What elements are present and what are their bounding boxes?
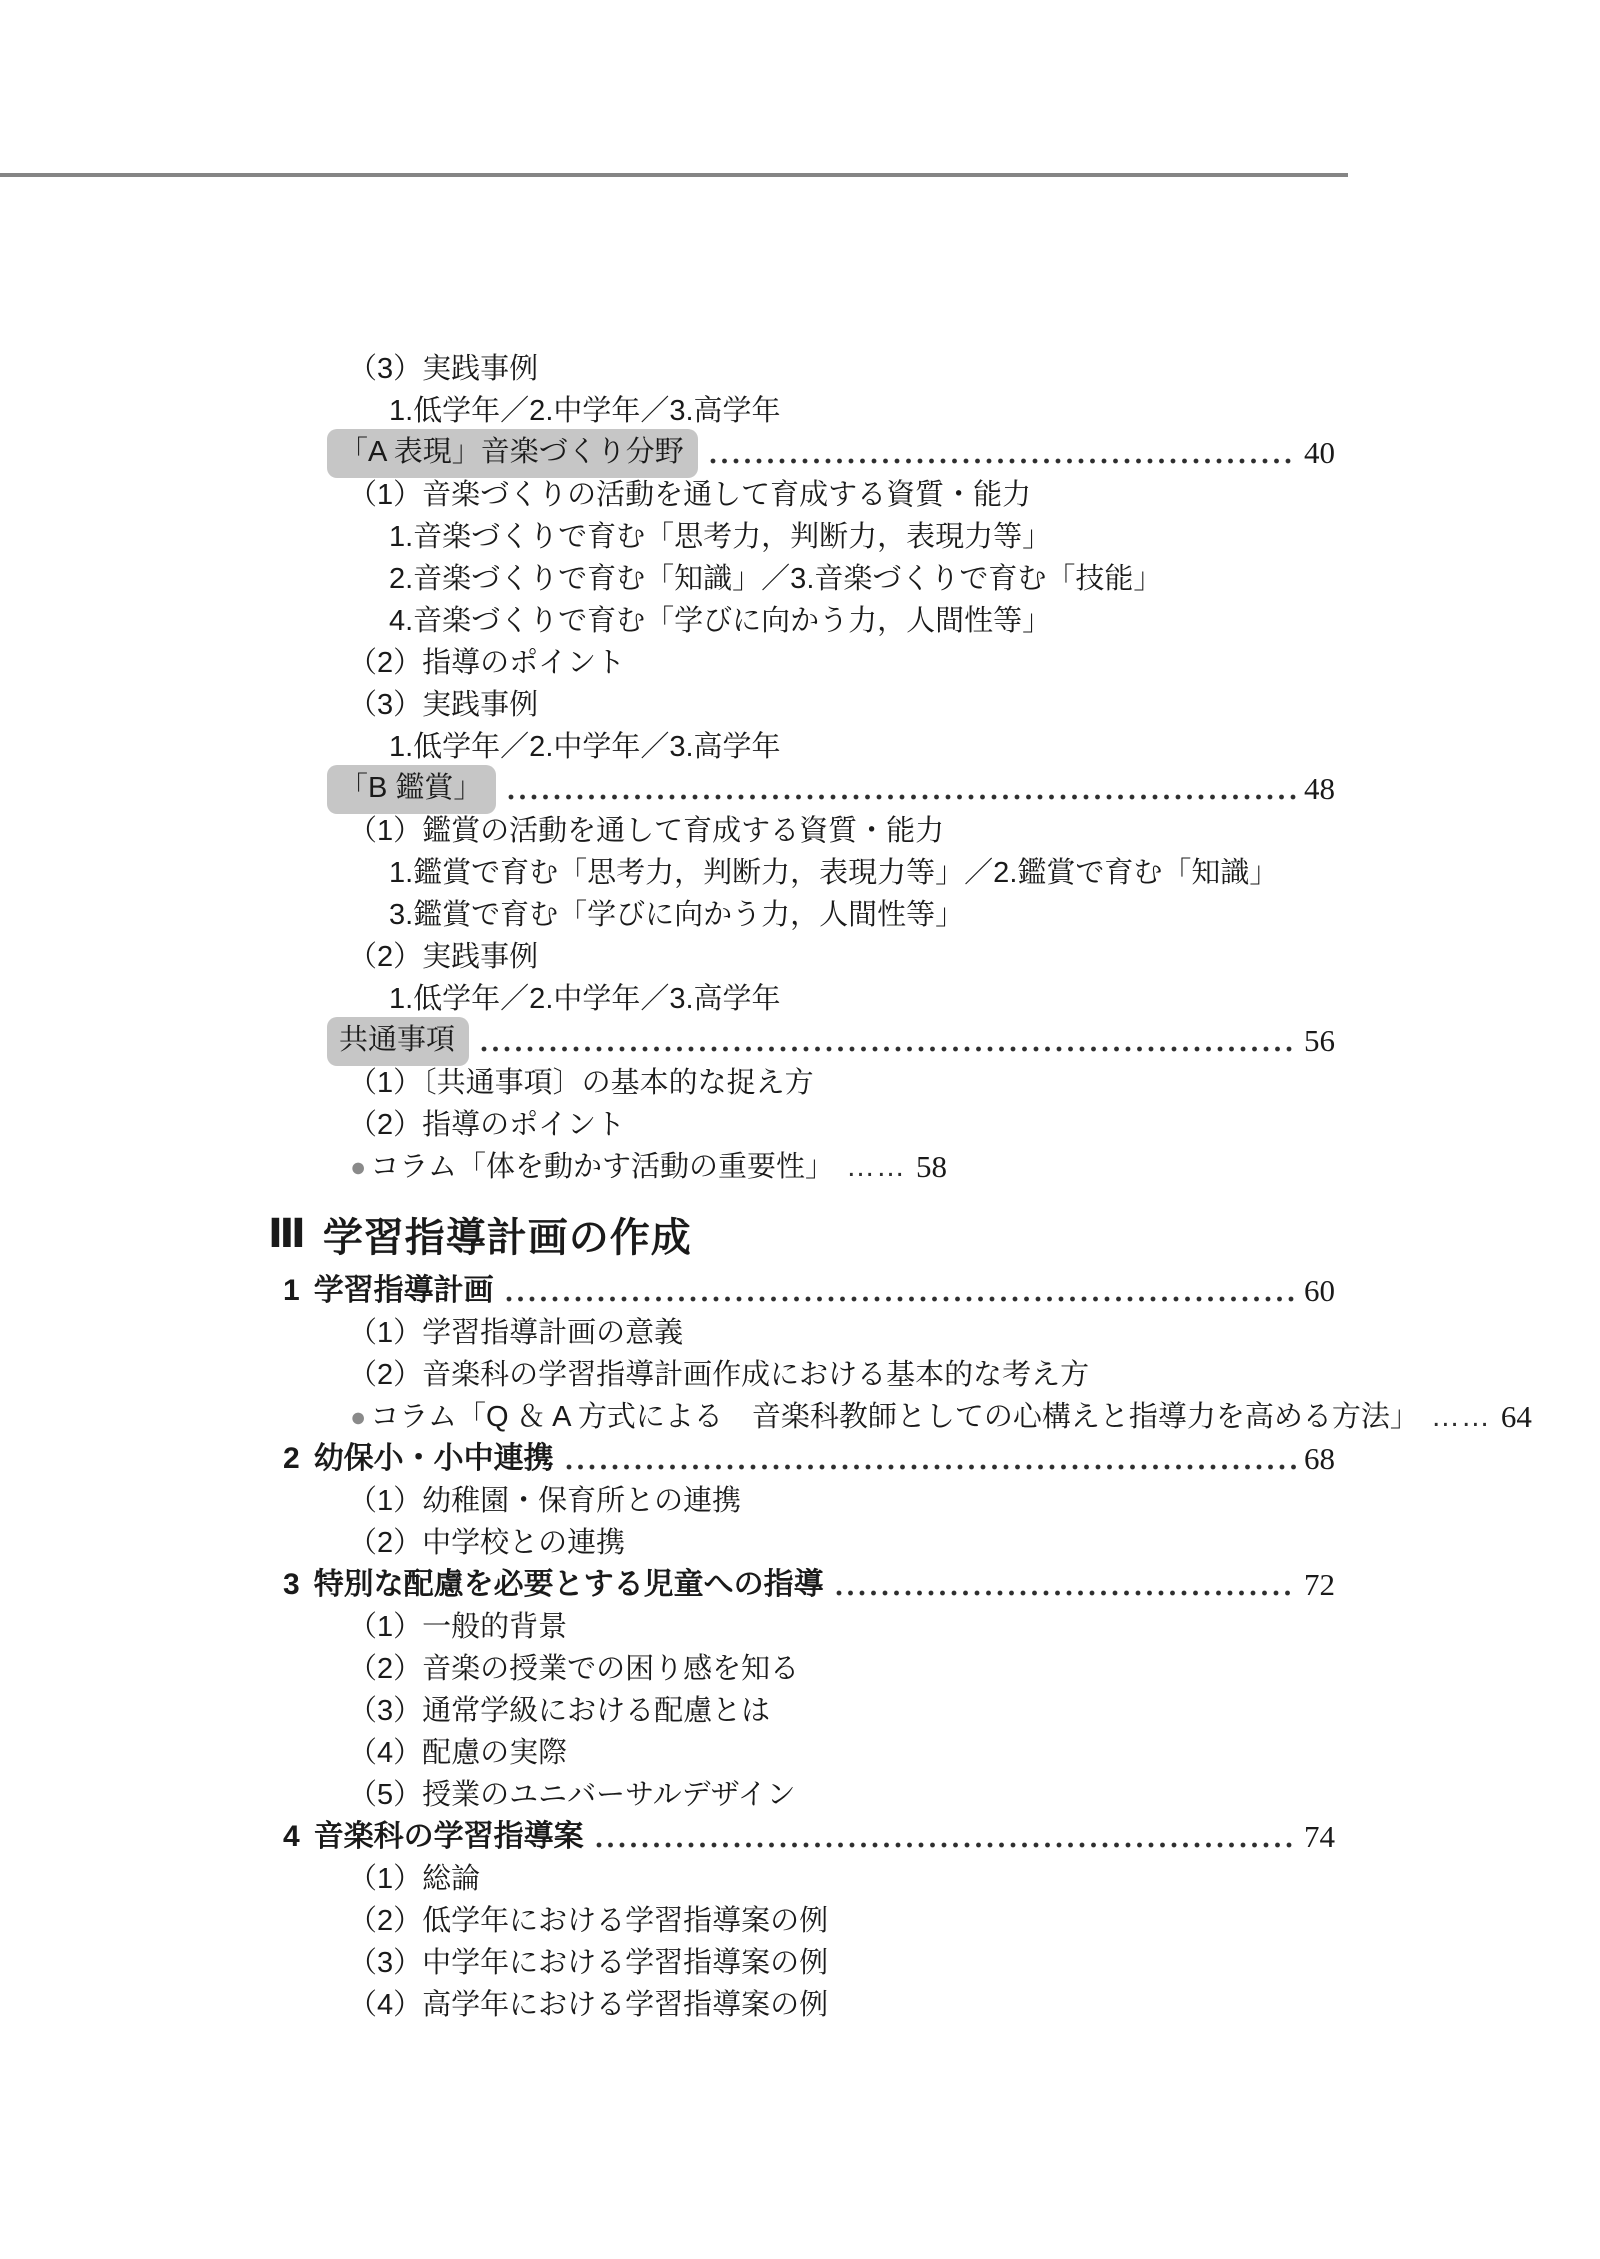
dotted-leader xyxy=(710,458,1296,464)
toc-row: （4）高学年における学習指導案の例 xyxy=(0,1984,1600,2026)
toc-row: 2幼保小・小中連携68 xyxy=(0,1438,1335,1480)
page-number: 56 xyxy=(1304,1020,1335,1062)
toc-row: 1.音楽づくりで育む「思考力，判断力，表現力等」 xyxy=(0,516,1600,558)
toc-item-label: 1.低学年／2.中学年／3.高学年 xyxy=(389,726,781,768)
toc-item-label: （1）鑑賞の活動を通して育成する資質・能力 xyxy=(348,810,944,852)
toc-row: 共通事項56 xyxy=(0,1020,1335,1062)
toc-item-label: （1）学習指導計画の意義 xyxy=(348,1312,683,1354)
toc-row: 1.低学年／2.中学年／3.高学年 xyxy=(0,978,1600,1020)
toc-row: 2.音楽づくりで育む「知識」／3.音楽づくりで育む「技能」 xyxy=(0,558,1600,600)
toc-row: 3特別な配慮を必要とする児童への指導72 xyxy=(0,1564,1335,1606)
page-number: 74 xyxy=(1304,1816,1335,1858)
toc-row: （1）学習指導計画の意義 xyxy=(0,1312,1600,1354)
toc-row: 3.鑑賞で育む「学びに向かう力，人間性等」 xyxy=(0,894,1600,936)
toc-row: （1）一般的背景 xyxy=(0,1606,1600,1648)
dotted-leader xyxy=(506,1296,1296,1302)
page-number: 58 xyxy=(916,1146,947,1188)
chapter-heading: Ⅲ学習指導計画の作成 xyxy=(268,1204,1600,1264)
section-number: 3 xyxy=(283,1564,300,1606)
ellipsis-leader: …… xyxy=(1431,1396,1491,1438)
toc-row: （4）配慮の実際 xyxy=(0,1732,1600,1774)
chapter-numeral: Ⅲ xyxy=(268,1211,307,1257)
toc-row: （2）中学校との連携 xyxy=(0,1522,1600,1564)
toc-item-label: 2.音楽づくりで育む「知識」／3.音楽づくりで育む「技能」 xyxy=(389,558,1162,600)
toc-row: 1学習指導計画60 xyxy=(0,1270,1335,1312)
toc-badge: 共通事項 xyxy=(327,1017,469,1066)
toc-row: （3）実践事例 xyxy=(0,684,1600,726)
toc-row: （3）中学年における学習指導案の例 xyxy=(0,1942,1600,1984)
table-of-contents: （3）実践事例1.低学年／2.中学年／3.高学年「A 表現」音楽づくり分野40（… xyxy=(0,348,1600,2026)
toc-row: （1）〔共通事項〕の基本的な捉え方 xyxy=(0,1062,1600,1104)
dotted-leader xyxy=(836,1590,1296,1596)
toc-item-label: （2）中学校との連携 xyxy=(348,1522,625,1564)
toc-row: 「A 表現」音楽づくり分野40 xyxy=(0,432,1335,474)
toc-item-label: 4.音楽づくりで育む「学びに向かう力，人間性等」 xyxy=(389,600,1051,642)
toc-item-label: （1）一般的背景 xyxy=(348,1606,567,1648)
toc-row: （1）幼稚園・保育所との連携 xyxy=(0,1480,1600,1522)
top-rule xyxy=(0,173,1348,177)
toc-row: （2）実践事例 xyxy=(0,936,1600,978)
dotted-leader xyxy=(508,794,1296,800)
toc-row: （2）指導のポイント xyxy=(0,642,1600,684)
toc-item-label: （2）指導のポイント xyxy=(348,1104,625,1146)
column-bullet-icon: ● xyxy=(350,1396,366,1438)
toc-row: 4音楽科の学習指導案74 xyxy=(0,1816,1335,1858)
section-title: 特別な配慮を必要とする児童への指導 xyxy=(314,1564,824,1606)
toc-item-label: （3）実践事例 xyxy=(348,348,538,390)
section-number: 4 xyxy=(283,1816,300,1858)
toc-item-label: （3）実践事例 xyxy=(348,684,538,726)
toc-item-label: （2）実践事例 xyxy=(348,936,538,978)
toc-row: （2）音楽科の学習指導計画作成における基本的な考え方 xyxy=(0,1354,1600,1396)
toc-row: （1）総論 xyxy=(0,1858,1600,1900)
section-title: 幼保小・小中連携 xyxy=(314,1438,554,1480)
toc-item-label: （1）〔共通事項〕の基本的な捉え方 xyxy=(348,1062,814,1104)
toc-row: 1.低学年／2.中学年／3.高学年 xyxy=(0,390,1600,432)
page-number: 60 xyxy=(1304,1270,1335,1312)
column-title: コラム「体を動かす活動の重要性」 xyxy=(370,1146,834,1188)
section-number: 1 xyxy=(283,1270,300,1312)
toc-row: ●コラム「Q ＆ A 方式による 音楽科教師としての心構えと指導力を高める方法」… xyxy=(0,1396,1600,1438)
toc-item-label: 3.鑑賞で育む「学びに向かう力，人間性等」 xyxy=(389,894,964,936)
toc-item-label: （2）音楽科の学習指導計画作成における基本的な考え方 xyxy=(348,1354,1089,1396)
toc-item-label: 1.低学年／2.中学年／3.高学年 xyxy=(389,390,781,432)
toc-item-label: （4）高学年における学習指導案の例 xyxy=(348,1984,828,2026)
toc-row: ●コラム「体を動かす活動の重要性」……58 xyxy=(0,1146,1600,1188)
page-number: 40 xyxy=(1304,432,1335,474)
toc-row: （5）授業のユニバーサルデザイン xyxy=(0,1774,1600,1816)
toc-item-label: 1.鑑賞で育む「思考力，判断力，表現力等」／2.鑑賞で育む「知識」 xyxy=(389,852,1278,894)
toc-row: （1）音楽づくりの活動を通して育成する資質・能力 xyxy=(0,474,1600,516)
toc-row: 4.音楽づくりで育む「学びに向かう力，人間性等」 xyxy=(0,600,1600,642)
toc-row: （1）鑑賞の活動を通して育成する資質・能力 xyxy=(0,810,1600,852)
dotted-leader xyxy=(566,1464,1296,1470)
toc-row: 1.低学年／2.中学年／3.高学年 xyxy=(0,726,1600,768)
toc-item-label: （2）指導のポイント xyxy=(348,642,625,684)
toc-row: （2）指導のポイント xyxy=(0,1104,1600,1146)
column-bullet-icon: ● xyxy=(350,1146,366,1188)
column-title: コラム「Q ＆ A 方式による 音楽科教師としての心構えと指導力を高める方法」 xyxy=(370,1396,1419,1438)
toc-row: （3）通常学級における配慮とは xyxy=(0,1690,1600,1732)
toc-item-label: （4）配慮の実際 xyxy=(348,1732,567,1774)
toc-item-label: 1.音楽づくりで育む「思考力，判断力，表現力等」 xyxy=(389,516,1051,558)
toc-row: 1.鑑賞で育む「思考力，判断力，表現力等」／2.鑑賞で育む「知識」 xyxy=(0,852,1600,894)
toc-row: 「B 鑑賞」48 xyxy=(0,768,1335,810)
dotted-leader xyxy=(481,1046,1296,1052)
toc-row: （2）低学年における学習指導案の例 xyxy=(0,1900,1600,1942)
toc-row: （2）音楽の授業での困り感を知る xyxy=(0,1648,1600,1690)
toc-item-label: （2）音楽の授業での困り感を知る xyxy=(348,1648,799,1690)
page-number: 72 xyxy=(1304,1564,1335,1606)
page-number: 64 xyxy=(1501,1396,1532,1438)
toc-item-label: （2）低学年における学習指導案の例 xyxy=(348,1900,828,1942)
page-number: 48 xyxy=(1304,768,1335,810)
chapter-title: 学習指導計画の作成 xyxy=(323,1206,692,1263)
toc-item-label: （1）総論 xyxy=(348,1858,480,1900)
section-title: 音楽科の学習指導案 xyxy=(314,1816,584,1858)
page-number: 68 xyxy=(1304,1438,1335,1480)
toc-item-label: （5）授業のユニバーサルデザイン xyxy=(348,1774,796,1816)
toc-badge: 「A 表現」音楽づくり分野 xyxy=(327,429,698,478)
section-number: 2 xyxy=(283,1438,300,1480)
toc-item-label: 1.低学年／2.中学年／3.高学年 xyxy=(389,978,781,1020)
ellipsis-leader: …… xyxy=(846,1146,906,1188)
toc-item-label: （3）通常学級における配慮とは xyxy=(348,1690,770,1732)
toc-item-label: （1）幼稚園・保育所との連携 xyxy=(348,1480,741,1522)
section-title: 学習指導計画 xyxy=(314,1270,494,1312)
toc-item-label: （1）音楽づくりの活動を通して育成する資質・能力 xyxy=(348,474,1031,516)
toc-badge: 「B 鑑賞」 xyxy=(327,765,496,814)
toc-item-label: （3）中学年における学習指導案の例 xyxy=(348,1942,828,1984)
dotted-leader xyxy=(596,1842,1296,1848)
toc-row: （3）実践事例 xyxy=(0,348,1600,390)
